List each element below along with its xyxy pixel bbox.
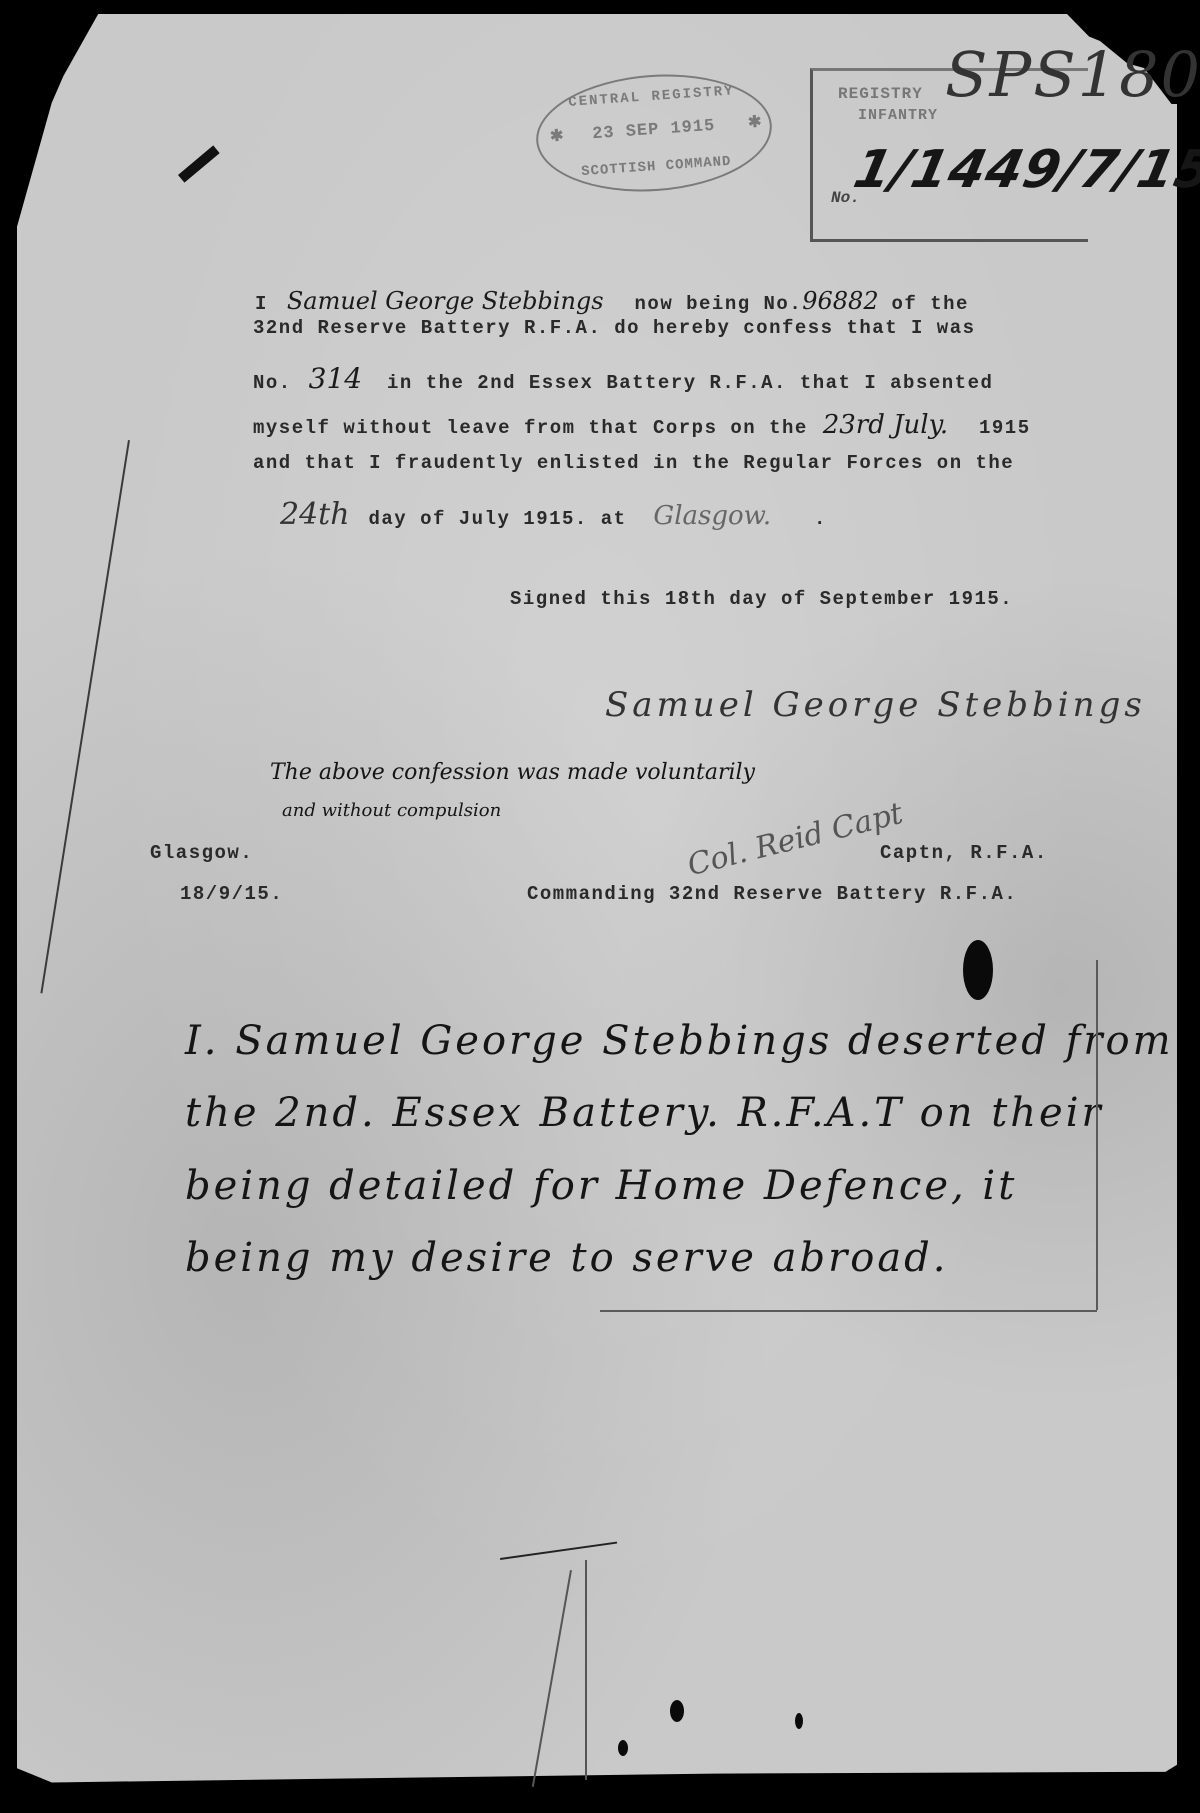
pencil-line	[585, 1560, 587, 1780]
footer-date: 18/9/15.	[180, 883, 283, 905]
handwritten-old-number: 314	[309, 362, 362, 395]
star-icon: ✱	[747, 112, 762, 133]
handwritten-service-number: 96882	[802, 287, 878, 315]
footer-place: Glasgow.	[150, 842, 253, 864]
footer-unit: Commanding 32nd Reserve Battery R.F.A.	[527, 883, 1017, 905]
absence-year: 1915	[979, 417, 1031, 439]
handwritten-name: Samuel George Stebbings	[287, 287, 604, 315]
signed-date-line: Signed this 18th day of September 1915.	[510, 588, 1013, 610]
ink-blot	[963, 940, 993, 1000]
confession-line-6: 24th day of July 1915. at Glasgow. .	[280, 497, 827, 532]
statement-line-1: I. Samuel George Stebbings deserted from	[185, 1018, 1174, 1064]
registry-number: 1/1449/7/1535	[849, 140, 1200, 200]
no-label: No.	[253, 372, 292, 394]
confessor-signature: Samuel George Stebbings	[605, 685, 1146, 725]
confession-line-4: myself without leave from that Corps on …	[253, 410, 1031, 440]
handwritten-enlist-day: 24th	[280, 497, 350, 532]
ink-dot	[618, 1740, 628, 1756]
handwritten-absence-date: 23rd July.	[823, 410, 948, 440]
ink-dot	[670, 1700, 684, 1722]
footer-rank: Captn, R.F.A.	[880, 842, 1048, 864]
registry-label: REGISTRY	[838, 85, 923, 103]
now-being-text: now being No.	[635, 293, 803, 315]
officer-note-line-2: and without compulsion	[282, 800, 501, 821]
absence-text: myself without leave from that Corps on …	[253, 417, 808, 439]
statement-frame-right	[1096, 960, 1098, 1310]
statement-frame-bottom	[600, 1310, 1097, 1312]
infantry-label: INFANTRY	[858, 107, 938, 124]
confession-line-1: I Samuel George Stebbings now being No.9…	[255, 287, 969, 315]
ink-dot	[795, 1713, 803, 1729]
pronoun: I	[255, 293, 268, 315]
officer-note-line-1: The above confession was made voluntaril…	[270, 760, 755, 785]
confession-line-3: No. 314 in the 2nd Essex Battery R.F.A. …	[253, 362, 993, 395]
handwritten-enlist-place: Glasgow.	[653, 501, 771, 531]
confession-line-2: 32nd Reserve Battery R.F.A. do hereby co…	[253, 317, 976, 339]
statement-line-2: the 2nd. Essex Battery. R.F.A.T on their	[185, 1090, 1104, 1136]
of-the-text: of the	[892, 293, 969, 315]
dot: .	[814, 508, 827, 530]
reference-mark: SPS180	[945, 38, 1200, 111]
stamp-date: 23 SEP 1915	[537, 113, 770, 148]
statement-line-3: being detailed for Home Defence, it	[185, 1163, 1017, 1209]
statement-line-4: being my desire to serve abroad.	[185, 1235, 949, 1281]
confession-line-5: and that I fraudently enlisted in the Re…	[253, 452, 1014, 474]
battery-text: in the 2nd Essex Battery R.F.A. that I a…	[387, 372, 993, 394]
enlist-date-text: day of July 1915. at	[368, 508, 626, 530]
